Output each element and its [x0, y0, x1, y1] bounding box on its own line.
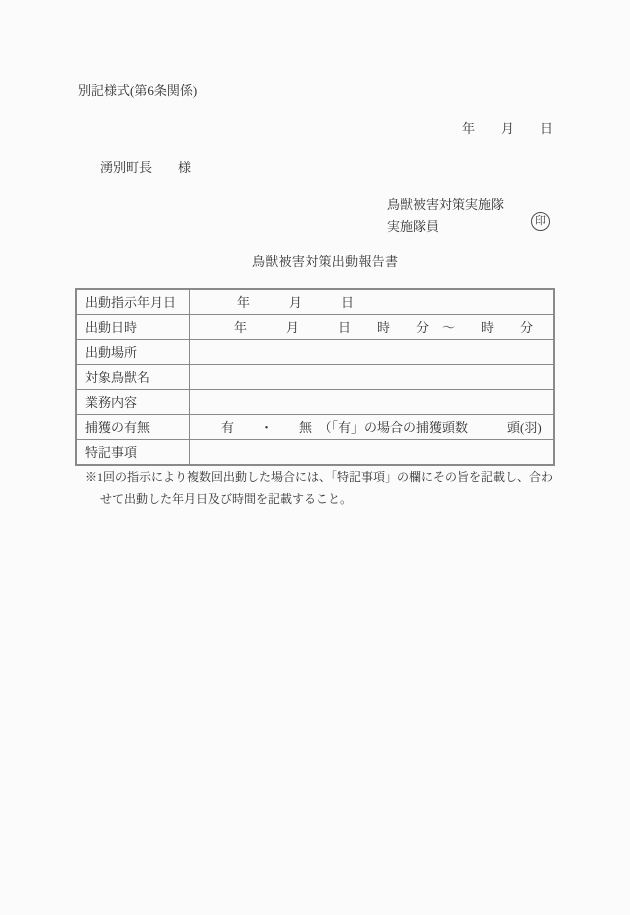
- row-value-cell: 年 月 日 時 分 ～ 時 分: [190, 315, 555, 340]
- sender-role: 実施隊員: [387, 220, 439, 233]
- report-form-page: 別記様式(第6条関係) 年 月 日 湧別町長 様 鳥獣被害対策実施隊 実施隊員 …: [0, 0, 630, 915]
- seal-stamp-icon: 印: [531, 212, 550, 231]
- row-value-cell: [190, 390, 555, 415]
- report-table: 出動指示年月日 年 月 日 出動日時 年 月 日 時 分 ～ 時 分 出動場所 …: [75, 288, 555, 466]
- table-row-target-wildlife: 対象鳥獣名: [76, 365, 554, 390]
- row-value-cell: [190, 340, 555, 365]
- footnote: ※1回の指示により複数回出動した場合には、「特記事項」の欄にその旨を記載し、合わ…: [85, 466, 553, 510]
- table-row-dispatch-datetime: 出動日時 年 月 日 時 分 ～ 時 分: [76, 315, 554, 340]
- row-label-cell: 特記事項: [76, 440, 190, 466]
- row-label-cell: 出動日時: [76, 315, 190, 340]
- row-label-cell: 捕獲の有無: [76, 415, 190, 440]
- table-row-special-notes: 特記事項: [76, 440, 554, 466]
- form-reference-label: 別記様式(第6条関係): [78, 84, 197, 97]
- sender-organization: 鳥獣被害対策実施隊: [387, 198, 504, 211]
- table-row-dispatch-order-date: 出動指示年月日 年 月 日: [76, 289, 554, 315]
- row-label-cell: 対象鳥獣名: [76, 365, 190, 390]
- row-label-cell: 業務内容: [76, 390, 190, 415]
- footnote-line-1: ※1回の指示により複数回出動した場合には、「特記事項」の欄にその旨を記載し、合わ: [85, 466, 553, 488]
- row-label-cell: 出動指示年月日: [76, 289, 190, 315]
- row-value-cell: 年 月 日: [190, 289, 555, 315]
- table-row-capture-status: 捕獲の有無 有 ・ 無 （「有」の場合の捕獲頭数 頭(羽): [76, 415, 554, 440]
- addressee-line: 湧別町長 様: [100, 161, 191, 174]
- row-value-cell: 有 ・ 無 （「有」の場合の捕獲頭数 頭(羽): [190, 415, 555, 440]
- row-value-cell: [190, 365, 555, 390]
- table-row-work-description: 業務内容: [76, 390, 554, 415]
- document-title: 鳥獣被害対策出動報告書: [252, 255, 398, 268]
- submission-date-line: 年 月 日: [462, 122, 553, 135]
- row-label-cell: 出動場所: [76, 340, 190, 365]
- row-value-cell: [190, 440, 555, 466]
- footnote-line-2: せて出動した年月日及び時間を記載すること。: [100, 488, 553, 510]
- table-row-dispatch-location: 出動場所: [76, 340, 554, 365]
